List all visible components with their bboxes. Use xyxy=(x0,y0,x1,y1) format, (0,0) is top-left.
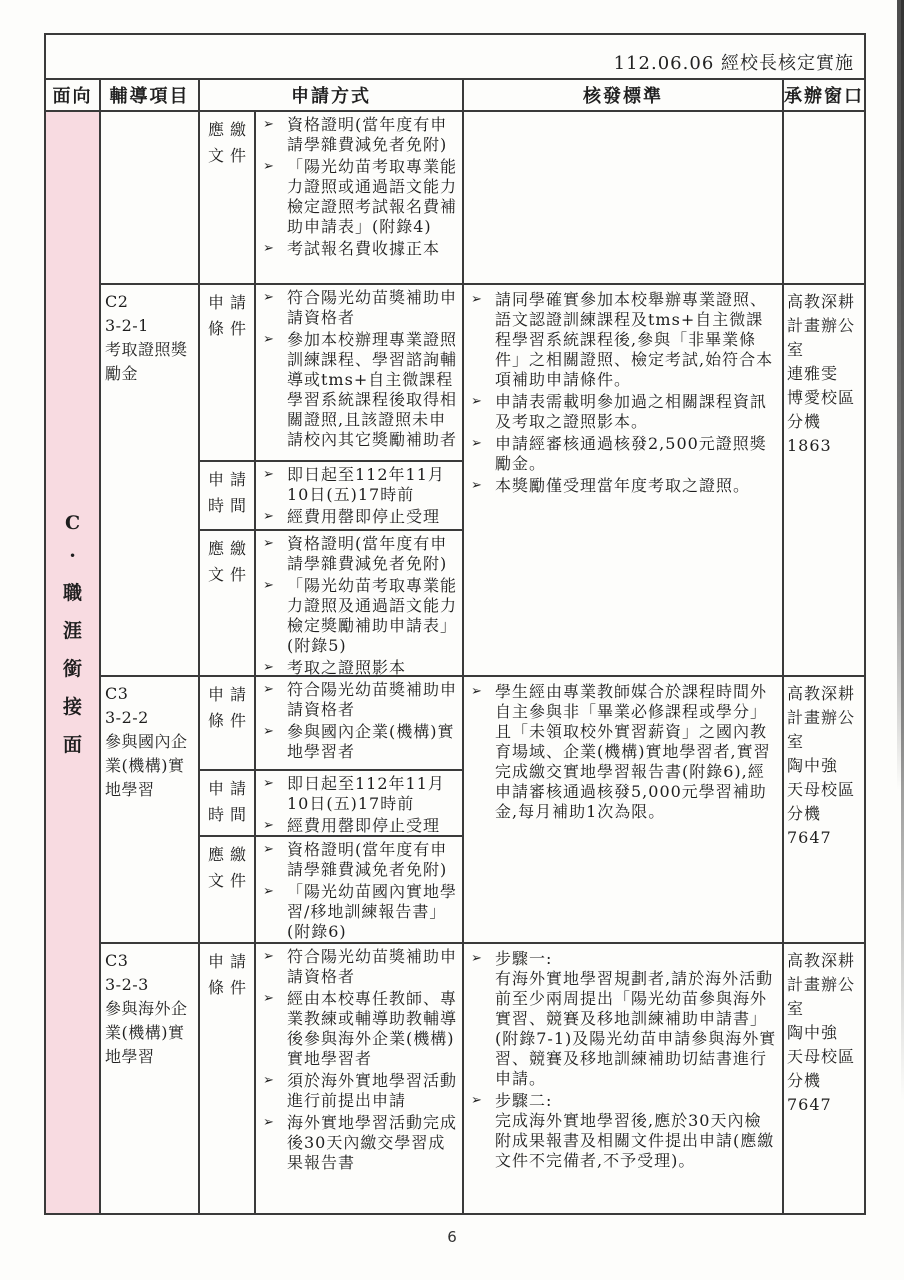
column-header-5: 承辦窗口 xyxy=(784,80,864,110)
arrow-bullet-icon: ➢ xyxy=(260,157,287,177)
section-label-cell: 申請時間 xyxy=(200,771,254,835)
application-method-cell: ➢資格證明(當年度有申請學雜費減免者免附)➢「陽光幼苗考取專業能力證照及通過語文… xyxy=(256,531,462,675)
bullet-item: ➢須於海外實地學習活動進行前提出申請 xyxy=(260,1071,460,1111)
dimension-label-char: 銜 xyxy=(63,654,82,681)
dimension-cell: C·職涯銜接面 xyxy=(46,112,99,1213)
bullet-item: ➢即日起至112年11月10日(五)17時前 xyxy=(260,465,460,505)
issuance-standard-cell: ➢步驟一:有海外實地學習規劃者,請於海外活動前至少兩周提出「陽光幼苗參與海外實習… xyxy=(464,944,782,1213)
arrow-bullet-icon: ➢ xyxy=(468,290,495,310)
subsidy-table: 面向輔導項目申請方式核發標準承辦窗口C·職涯銜接面應繳文件➢資格證明(當年度有申… xyxy=(46,80,864,1213)
application-method-cell: ➢符合陽光幼苗獎補助申請資格者➢參加本校辦理專業證照訓練課程、學習諮詢輔導或tm… xyxy=(256,285,462,460)
bullet-item: ➢資格證明(當年度有申請學雜費減免者免附) xyxy=(260,534,460,574)
arrow-bullet-icon: ➢ xyxy=(260,465,287,485)
bullet-item: ➢符合陽光幼苗獎補助申請資格者 xyxy=(260,680,460,720)
bullet-item: ➢請同學確實參加本校舉辦專業證照、語文認證訓練課程及tms+自主微課程學習系統課… xyxy=(468,290,778,390)
bullet-item: ➢資格證明(當年度有申請學雜費減免者免附) xyxy=(260,115,460,155)
column-header-1: 面向 xyxy=(46,80,99,110)
section-label-cell: 應繳文件 xyxy=(200,837,254,942)
arrow-bullet-icon: ➢ xyxy=(260,947,287,967)
application-method-cell: ➢即日起至112年11月10日(五)17時前➢經費用罄即停止受理 xyxy=(256,771,462,835)
bullet-item: ➢「陽光幼苗考取專業能力證照或通過語文能力檢定證照考試報名費補助申請表」(附錄4… xyxy=(260,157,460,237)
arrow-bullet-icon: ➢ xyxy=(260,507,287,527)
arrow-bullet-icon: ➢ xyxy=(468,1091,495,1111)
bullet-item: ➢符合陽光幼苗獎補助申請資格者 xyxy=(260,288,460,328)
arrow-bullet-icon: ➢ xyxy=(260,680,287,700)
arrow-bullet-icon: ➢ xyxy=(468,434,495,454)
project-item-cell xyxy=(101,112,198,283)
column-header-4: 核發標準 xyxy=(464,80,782,110)
bullet-item: ➢海外實地學習活動完成後30天內繳交學習成果報告書 xyxy=(260,1113,460,1173)
arrow-bullet-icon: ➢ xyxy=(260,534,287,554)
project-item-cell: C33-2-2參與國內企業(機構)實地學習 xyxy=(101,677,198,942)
arrow-bullet-icon: ➢ xyxy=(260,115,287,135)
bullet-item: ➢申請經審核通過核發2,500元證照獎勵金。 xyxy=(468,434,778,474)
issuance-standard-cell xyxy=(464,112,782,283)
application-method-cell: ➢資格證明(當年度有申請學雜費減免者免附)➢「陽光幼苗國內實地學習/移地訓練報告… xyxy=(256,837,462,942)
arrow-bullet-icon: ➢ xyxy=(260,239,287,259)
dimension-label-char: 職 xyxy=(63,578,82,605)
issuance-standard-cell: ➢學生經由專業教師媒合於課程時間外自主參與非「畢業必修課程或學分」且「未領取校外… xyxy=(464,677,782,942)
issuance-standard-cell: ➢請同學確實參加本校舉辦專業證照、語文認證訓練課程及tms+自主微課程學習系統課… xyxy=(464,285,782,675)
bullet-item: ➢參與國內企業(機構)實地學習者 xyxy=(260,722,460,762)
arrow-bullet-icon: ➢ xyxy=(260,816,287,835)
page-number: 6 xyxy=(0,1228,904,1246)
column-header-2: 輔導項目 xyxy=(101,80,198,110)
project-item-cell: C23-2-1考取證照獎勵金 xyxy=(101,285,198,675)
arrow-bullet-icon: ➢ xyxy=(468,392,495,412)
dimension-label-char: 涯 xyxy=(63,616,82,643)
dimension-label-char: 接 xyxy=(63,692,82,719)
contact-window-cell: 高教深耕計畫辦公室陶中強天母校區分機7647 xyxy=(784,944,864,1213)
arrow-bullet-icon: ➢ xyxy=(260,722,287,742)
arrow-bullet-icon: ➢ xyxy=(260,288,287,308)
dimension-label-char: C xyxy=(65,512,80,534)
bullet-item: ➢經費用罄即停止受理 xyxy=(260,816,460,835)
project-item-cell: C33-2-3參與海外企業(機構)實地學習 xyxy=(101,944,198,1213)
bullet-item: ➢經由本校專任教師、專業教練或輔導助教輔導後參與海外企業(機構)實地學習者 xyxy=(260,989,460,1069)
contact-window-cell: 高教深耕計畫辦公室陶中強天母校區分機7647 xyxy=(784,677,864,942)
arrow-bullet-icon: ➢ xyxy=(468,476,495,496)
bullet-item: ➢「陽光幼苗國內實地學習/移地訓練報告書」(附錄6) xyxy=(260,882,460,942)
contact-window-cell xyxy=(784,112,864,283)
arrow-bullet-icon: ➢ xyxy=(260,882,287,902)
dimension-label-char: 面 xyxy=(63,730,82,757)
arrow-bullet-icon: ➢ xyxy=(260,576,287,596)
bullet-item: ➢考試報名費收據正本 xyxy=(260,239,460,259)
application-method-cell: ➢資格證明(當年度有申請學雜費減免者免附)➢「陽光幼苗考取專業能力證照或通過語文… xyxy=(256,112,462,283)
section-label-cell: 申請時間 xyxy=(200,462,254,529)
document-page-frame: 112.06.06 經校長核定實施 面向輔導項目申請方式核發標準承辦窗口C·職涯… xyxy=(44,33,866,1215)
application-method-cell: ➢符合陽光幼苗獎補助申請資格者➢經由本校專任教師、專業教練或輔導助教輔導後參與海… xyxy=(256,944,462,1213)
section-label-cell: 申請條件 xyxy=(200,677,254,769)
section-label-cell: 應繳文件 xyxy=(200,531,254,675)
bullet-item: ➢「陽光幼苗考取專業能力證照及通過語文能力檢定獎勵補助申請表」(附錄5) xyxy=(260,576,460,656)
section-label-cell: 應繳文件 xyxy=(200,112,254,283)
column-header-3: 申請方式 xyxy=(200,80,462,110)
arrow-bullet-icon: ➢ xyxy=(468,682,495,702)
section-label-cell: 申請條件 xyxy=(200,285,254,460)
arrow-bullet-icon: ➢ xyxy=(260,989,287,1009)
application-method-cell: ➢符合陽光幼苗獎補助申請資格者➢參與國內企業(機構)實地學習者 xyxy=(256,677,462,769)
contact-window-cell: 高教深耕計畫辦公室連雅雯博愛校區分機1863 xyxy=(784,285,864,675)
arrow-bullet-icon: ➢ xyxy=(468,949,495,969)
arrow-bullet-icon: ➢ xyxy=(260,1113,287,1133)
bullet-item: ➢考取之證照影本 xyxy=(260,658,460,675)
approval-note: 112.06.06 經校長核定實施 xyxy=(46,35,864,80)
bullet-item: ➢步驟一:有海外實地學習規劃者,請於海外活動前至少兩周提出「陽光幼苗參與海外實習… xyxy=(468,949,778,1089)
dimension-label-char: · xyxy=(69,545,76,567)
bullet-item: ➢經費用罄即停止受理 xyxy=(260,507,460,527)
bullet-item: ➢參加本校辦理專業證照訓練課程、學習諮詢輔導或tms+自主微課程學習系統課程後取… xyxy=(260,330,460,450)
bullet-item: ➢步驟二:完成海外實地學習後,應於30天內檢附成果報書及相關文件提出申請(應繳文… xyxy=(468,1091,778,1171)
arrow-bullet-icon: ➢ xyxy=(260,658,287,675)
arrow-bullet-icon: ➢ xyxy=(260,840,287,860)
arrow-bullet-icon: ➢ xyxy=(260,330,287,350)
bullet-item: ➢資格證明(當年度有申請學雜費減免者免附) xyxy=(260,840,460,880)
bullet-item: ➢即日起至112年11月10日(五)17時前 xyxy=(260,774,460,814)
arrow-bullet-icon: ➢ xyxy=(260,774,287,794)
bullet-item: ➢符合陽光幼苗獎補助申請資格者 xyxy=(260,947,460,987)
bullet-item: ➢學生經由專業教師媒合於課程時間外自主參與非「畢業必修課程或學分」且「未領取校外… xyxy=(468,682,778,822)
arrow-bullet-icon: ➢ xyxy=(260,1071,287,1091)
application-method-cell: ➢即日起至112年11月10日(五)17時前➢經費用罄即停止受理 xyxy=(256,462,462,529)
section-label-cell: 申請條件 xyxy=(200,944,254,1213)
bullet-item: ➢本獎勵僅受理當年度考取之證照。 xyxy=(468,476,778,496)
bullet-item: ➢申請表需載明參加過之相關課程資訊及考取之證照影本。 xyxy=(468,392,778,432)
